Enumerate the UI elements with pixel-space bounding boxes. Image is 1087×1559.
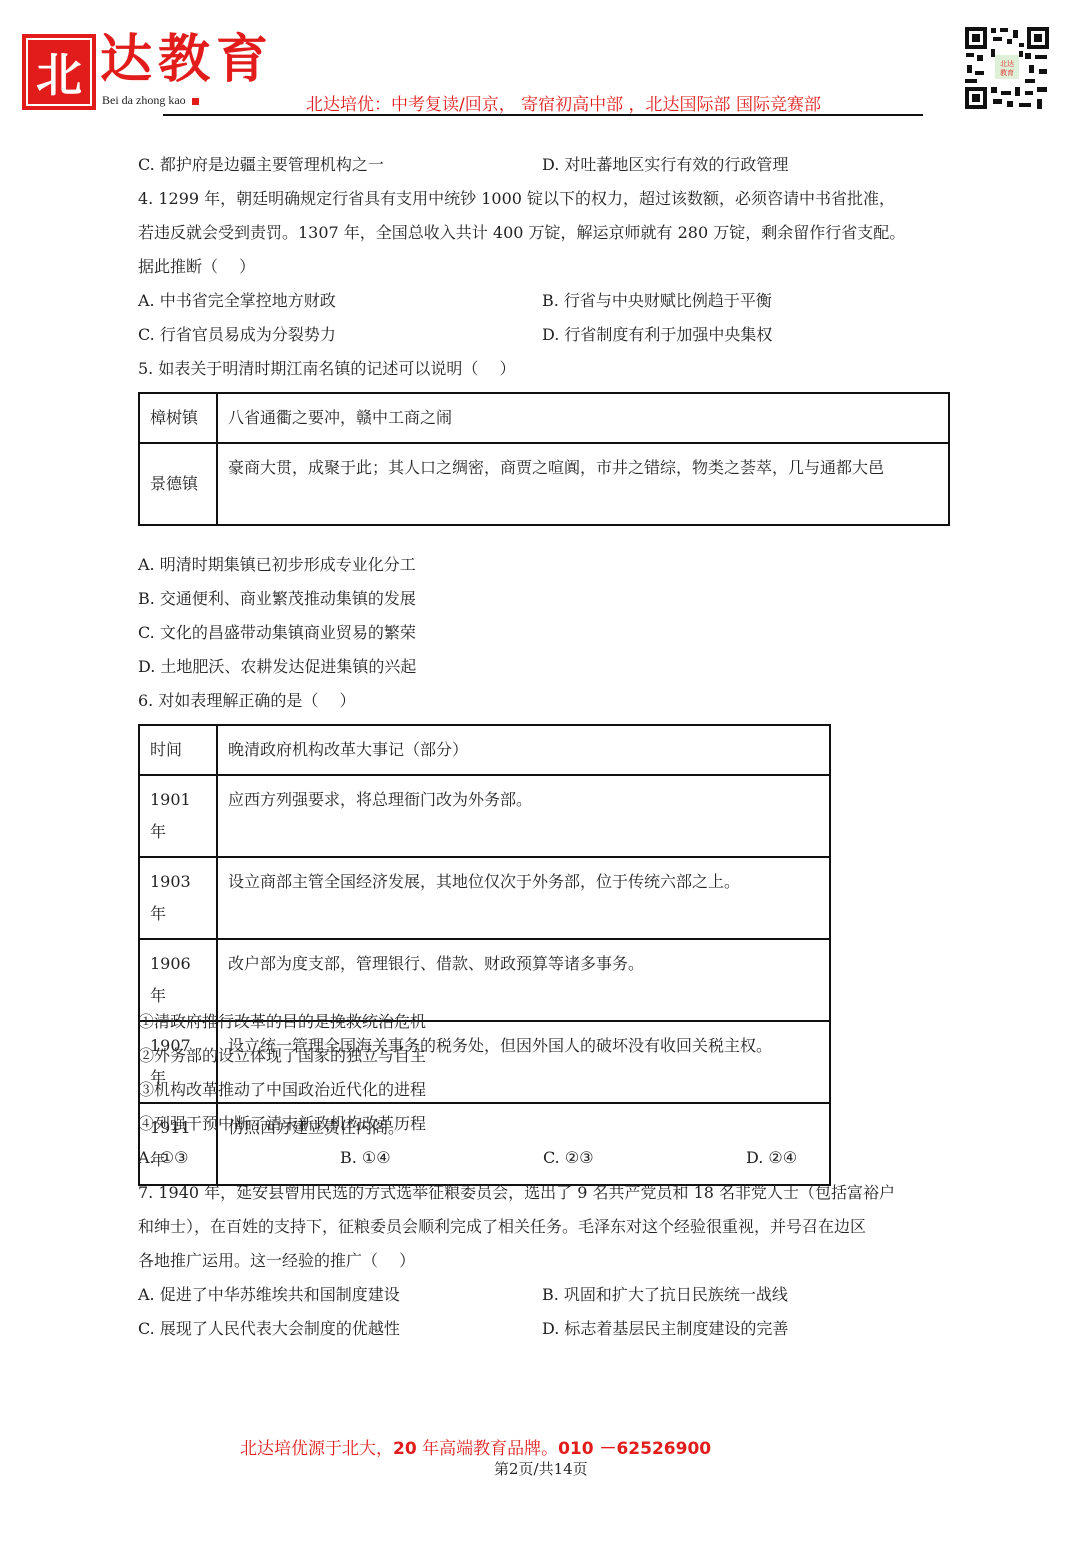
table-header-title: 晚清政府机构改革大事记（部分） — [217, 725, 830, 775]
footer-promo: 北达培优源于北大，20 年高端教育品牌。010 －62526900 — [240, 1434, 711, 1459]
footer-promo-text: 北达培优源于北大， — [240, 1439, 393, 1459]
table-header-time: 时间 — [139, 725, 217, 775]
q6-statement-4: ④列强干预中断了清末新政机构改革历程 — [138, 1114, 426, 1134]
svg-text:教育: 教育 — [1000, 68, 1014, 77]
q7-stem-line-1: 7. 1940 年，延安县曾用民选的方式选举征粮委员会，选出了 9 名共产党员和… — [138, 1183, 895, 1203]
table-cell-desc: 豪商大贯，成聚于此；其人口之绸密，商贾之喧阗，市井之错综，物类之荟萃，几与通都大… — [217, 443, 949, 525]
q4-option-b: B. 行省与中央财赋比例趋于平衡 — [542, 291, 772, 311]
q4-option-c: C. 行省官员易成为分裂势力 — [138, 325, 336, 345]
table-cell-desc: 八省通衢之要冲，赣中工商之闹 — [217, 393, 949, 443]
table-cell-town: 樟树镇 — [139, 393, 217, 443]
table-cell-year: 1906 年 — [139, 939, 217, 1021]
table-row: 景德镇 豪商大贯，成聚于此；其人口之绸密，商贾之喧阗，市井之错综，物类之荟萃，几… — [139, 443, 949, 525]
q7-stem-line-3: 各地推广运用。这一经验的推广（ ） — [138, 1251, 415, 1271]
table-row: 1901 年 应西方列强要求，将总理衙门改为外务部。 — [139, 775, 830, 857]
q7-option-b: B. 巩固和扩大了抗日民族统一战线 — [542, 1285, 788, 1305]
table-cell-town: 景德镇 — [139, 443, 217, 525]
header-divider — [163, 114, 923, 116]
table-cell-event: 设立商部主管全国经济发展，其地位仅次于外务部，位于传统六部之上。 — [217, 857, 830, 939]
q5-option-b: B. 交通便利、商业繁茂推动集镇的发展 — [138, 589, 416, 609]
svg-text:北达: 北达 — [1000, 59, 1014, 68]
q6-option-d: D. ②④ — [746, 1148, 797, 1168]
q7-option-c: C. 展现了人民代表大会制度的优越性 — [138, 1319, 400, 1339]
table-cell-year: 1903 年 — [139, 857, 217, 939]
q7-option-a: A. 促进了中华苏维埃共和国制度建设 — [138, 1285, 400, 1305]
square-icon — [192, 98, 199, 105]
q7-option-d: D. 标志着基层民主制度建设的完善 — [542, 1319, 788, 1339]
q4-stem-line-1: 4. 1299 年，朝廷明确规定行省具有支用中统钞 1000 锭以下的权力，超过… — [138, 189, 895, 209]
q6-option-b: B. ①④ — [340, 1148, 391, 1168]
page-number: 第2页/共14页 — [494, 1458, 588, 1479]
q4-stem-line-3: 据此推断（ ） — [138, 257, 255, 277]
header-slogan: 北达培优：中考复读/回京， 寄宿初高中部 ，北达国际部 国际竞赛部 — [306, 90, 821, 115]
q5-option-d: D. 土地肥沃、农耕发达促进集镇的兴起 — [138, 657, 416, 677]
logo-subtitle: Bei da zhong kao — [102, 93, 199, 108]
logo-subtitle-text: Bei da zhong kao — [102, 93, 186, 107]
q6-statement-1: ①清政府推行改革的目的是挽救统治危机 — [138, 1012, 426, 1032]
q5-stem: 5. 如表关于明清时期江南名镇的记述可以说明（ ） — [138, 359, 515, 379]
q6-stem: 6. 对如表理解正确的是（ ） — [138, 691, 355, 711]
q5-option-c: C. 文化的昌盛带动集镇商业贸易的繁荣 — [138, 623, 416, 643]
q6-option-a: A. ①③ — [138, 1148, 188, 1168]
q6-statement-2: ②外务部的设立体现了国家的独立与自主 — [138, 1046, 426, 1066]
q7-stem-line-2: 和绅士），在百姓的支持下，征粮委员会顺利完成了相关任务。毛泽东对这个经验很重视，… — [138, 1217, 866, 1237]
logo-title: 达教育 — [100, 30, 274, 90]
table-row: 樟树镇 八省通衢之要冲，赣中工商之闹 — [139, 393, 949, 443]
footer-phone: 010 －62526900 — [558, 1439, 711, 1459]
q4-option-d: D. 行省制度有利于加强中央集权 — [542, 325, 772, 345]
q5-table: 樟树镇 八省通衢之要冲，赣中工商之闹 景德镇 豪商大贯，成聚于此；其人口之绸密，… — [138, 392, 950, 526]
footer-promo-years: 20 — [393, 1439, 417, 1459]
q4-stem-line-2: 若违反就会受到责罚。1307 年，全国总收入共计 400 万锭，解运京师就有 2… — [138, 223, 905, 243]
table-header-row: 时间 晚清政府机构改革大事记（部分） — [139, 725, 830, 775]
table-cell-event: 应西方列强要求，将总理衙门改为外务部。 — [217, 775, 830, 857]
table-cell-year: 1901 年 — [139, 775, 217, 857]
q5-option-a: A. 明清时期集镇已初步形成专业化分工 — [138, 555, 416, 575]
table-row: 1903 年 设立商部主管全国经济发展，其地位仅次于外务部，位于传统六部之上。 — [139, 857, 830, 939]
q3-option-c: C. 都护府是边疆主要管理机构之一 — [138, 155, 384, 175]
logo-mark: 北 — [22, 34, 96, 110]
footer-promo-brand: 年高端教育品牌。 — [417, 1439, 558, 1459]
qr-code-icon: 北达 教育 — [963, 25, 1051, 111]
logo-char: 北 — [36, 39, 82, 105]
q3-option-d: D. 对吐蕃地区实行有效的行政管理 — [542, 155, 788, 175]
q6-statement-3: ③机构改革推动了中国政治近代化的进程 — [138, 1080, 426, 1100]
q4-option-a: A. 中书省完全掌控地方财政 — [138, 291, 336, 311]
q6-option-c: C. ②③ — [543, 1148, 594, 1168]
table-cell-event: 改户部为度支部，管理银行、借款、财政预算等诸多事务。 — [217, 939, 830, 1021]
table-row: 1906 年 改户部为度支部，管理银行、借款、财政预算等诸多事务。 — [139, 939, 830, 1021]
